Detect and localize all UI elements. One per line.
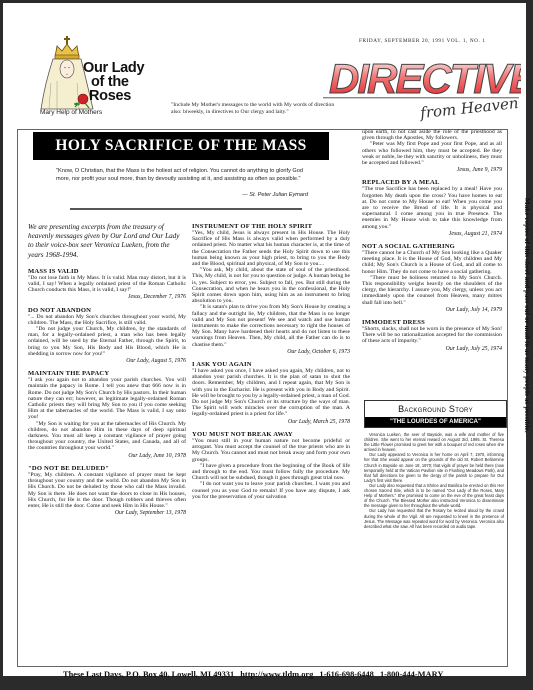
divider — [70, 208, 302, 210]
article-text: "Do not lose faith in My Mass. It is val… — [28, 275, 186, 294]
article-you-must-not-break-away: YOU MUST NOT BREAK AWAY "You must still … — [192, 431, 350, 500]
article-text: "Pray, My children. A constant vigilance… — [28, 472, 186, 509]
article-heading: INSTRUMENT OF THE HOLY SPIRIT — [192, 223, 350, 230]
article-do-not-be-deluded: "DO NOT BE DELUDED" "Pray, My children. … — [28, 465, 186, 516]
footer-phone-2: 1-800-444-MARY — [380, 670, 443, 679]
article-heading: I ASK YOU AGAIN — [192, 361, 350, 368]
article-text: "My Son is waiting for you at the tabern… — [28, 421, 186, 452]
article-text: "You ask, My child, about the state of s… — [192, 267, 350, 304]
logo-wordmark: Our Lady of the Roses — [83, 61, 144, 103]
background-paragraph: Our Lady appeared to Veronica in her hom… — [364, 452, 504, 483]
article-text: "I have given a procedure from the begin… — [192, 463, 350, 482]
article-not-a-social-gathering: NOT A SOCIAL GATHERING "There cannot be … — [362, 243, 502, 313]
column-3: upon earth, to not cast aside the role o… — [362, 129, 502, 358]
article-text: "It is satan's plan to drive you from My… — [192, 304, 350, 347]
article-text: "I ask you again not to abandon your par… — [28, 377, 186, 420]
background-story-header: Background Story "THE LOURDES OF AMERICA… — [364, 400, 507, 428]
article-text: "Peter was My first Pope and your first … — [362, 141, 502, 166]
article-immodest-dress: IMMODEST DRESS "Shorts, slacks, shall no… — [362, 319, 502, 352]
footer-website-link[interactable]: http://www.tldm.org — [240, 670, 313, 679]
article-attribution: Jesus, August 21, 1974 — [362, 231, 502, 237]
article-maintain-the-papacy: MAINTAIN THE PAPACY "I ask you again not… — [28, 370, 186, 459]
article-do-not-abandon: DO NOT ABANDON "... Do not abandon My So… — [28, 307, 186, 365]
article-mass-is-valid: MASS IS VALID "Do not lose faith in My M… — [28, 268, 186, 301]
our-lady-of-the-roses-logo: Our Lady of the Roses Mary Help of Mothe… — [35, 33, 160, 119]
masthead-motto: "Include My Mother's messages to the wor… — [171, 102, 341, 115]
svg-text:DIRECTIVES: DIRECTIVES — [329, 55, 521, 102]
article-attribution: Our Lady, July 25, 1974 — [362, 346, 502, 352]
article-text: "I do not want you to leave your parish … — [192, 481, 350, 500]
logo-subtitle: Mary Help of Mothers — [40, 109, 102, 116]
article-replaced-by-a-meal: REPLACED BY A MEAL "The true Sacrifice h… — [362, 179, 502, 237]
background-paragraph: Our Lady has requested that the Rosary b… — [364, 508, 504, 528]
footer-contact: These Last Days, P.O. Box 40, Lowell, MI… — [63, 670, 513, 679]
article-text: "The true Sacrifice has been replaced by… — [362, 186, 502, 229]
article-text: "There must be holiness returned to My S… — [362, 275, 502, 306]
side-note-vertical: Make copies of this sheet and pass out o… — [523, 198, 531, 433]
article-attribution: Jesus, June 9, 1979 — [362, 167, 502, 173]
footer-phone-1: 1-616-698-6448 — [319, 670, 373, 679]
main-content-box: HOLY SACRIFICE OF THE MASS "Know, O Chri… — [17, 129, 508, 667]
article-text: "Yes, My child, Jesus is always present … — [192, 230, 350, 267]
background-paragraph: Our Lady also requested that a Shrine an… — [364, 483, 504, 508]
feature-title: HOLY SACRIFICE OF THE MASS — [33, 132, 329, 160]
article-attribution: Jesus, December 7, 1976 — [28, 294, 186, 300]
background-story-text: Veronica Lueken, the seer of Bayside, wa… — [364, 432, 504, 529]
article-text: "Shorts, slacks, shall not be worn in th… — [362, 326, 502, 345]
article-i-ask-you-again: I ASK YOU AGAIN "I have asked you once, … — [192, 361, 350, 425]
article-heading: MAINTAIN THE PAPACY — [28, 370, 186, 377]
background-paragraph: Veronica Lueken, the seer of Bayside, wa… — [364, 432, 504, 452]
column-2: INSTRUMENT OF THE HOLY SPIRIT "Yes, My c… — [192, 223, 350, 506]
background-story-title: Background Story — [365, 404, 506, 414]
article-instrument-of-the-holy-spirit: INSTRUMENT OF THE HOLY SPIRIT "Yes, My c… — [192, 223, 350, 355]
article-text: "Do not judge your Church, My children, … — [28, 326, 186, 357]
article-heading: MASS IS VALID — [28, 268, 186, 275]
article-attribution: Our Lady, June 10, 1978 — [28, 453, 186, 459]
article-text: "You must still in your human nature not… — [192, 438, 350, 463]
footer-address: These Last Days, P.O. Box 40, Lowell, MI… — [63, 670, 234, 679]
issue-dateline: FRIDAY, SEPTEMBER 20, 1991 VOL. 1, NO. 1 — [359, 38, 486, 44]
article-heading: "DO NOT BE DELUDED" — [28, 465, 186, 472]
article-attribution: Our Lady, March 25, 1978 — [192, 419, 350, 425]
article-attribution: Our Lady, October 6, 1973 — [192, 349, 350, 355]
article-heading: DO NOT ABANDON — [28, 307, 186, 314]
article-heading: YOU MUST NOT BREAK AWAY — [192, 431, 350, 438]
article-text: "I have asked you once, I have asked you… — [192, 368, 350, 418]
background-story-subtitle: "THE LOURDES OF AMERICA" — [365, 417, 506, 427]
article-text: "There cannot be a Church of My Son look… — [362, 250, 502, 275]
article-attribution: Our Lady, August 5, 1976 — [28, 358, 186, 364]
feature-quote-attribution: — St. Peter Julian Eymard — [198, 192, 308, 198]
newsletter-page: Our Lady of the Roses Mary Help of Mothe… — [3, 3, 526, 676]
intro-text: We are presenting excerpts from the trea… — [28, 223, 186, 260]
article-text: "... Do not abandon My Son's churches th… — [28, 314, 186, 326]
article-text: upon earth, to not cast aside the role o… — [362, 129, 502, 141]
article-attribution: Our Lady, July 14, 1979 — [362, 307, 502, 313]
article-continuation: upon earth, to not cast aside the role o… — [362, 129, 502, 173]
article-heading: NOT A SOCIAL GATHERING — [362, 243, 502, 250]
feature-quote: "Know, O Christian, that the Mass is the… — [56, 167, 304, 183]
column-1: We are presenting excerpts from the trea… — [28, 223, 186, 522]
article-attribution: Our Lady, September 13, 1978 — [28, 510, 186, 516]
